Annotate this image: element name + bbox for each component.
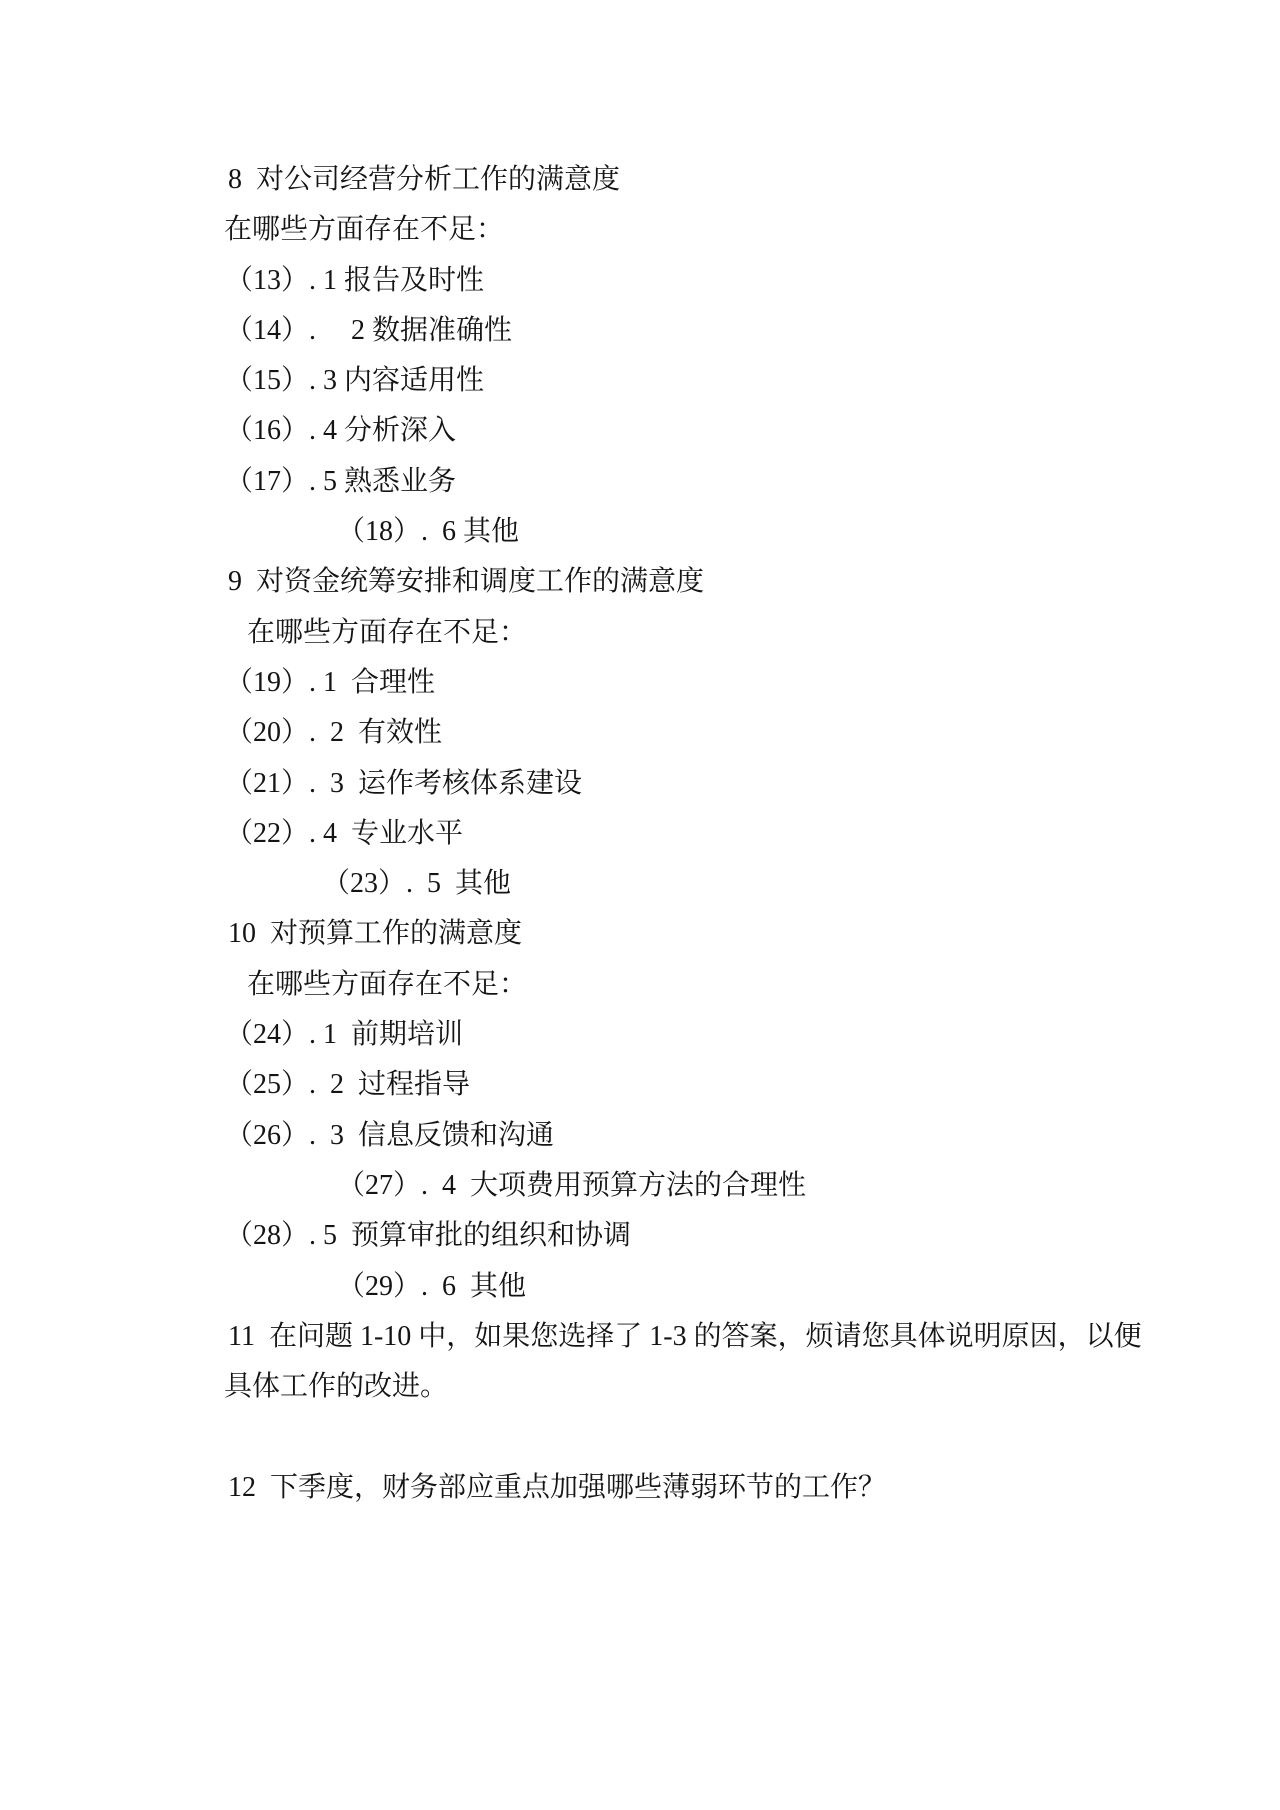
- option-17: （17）. 5 熟悉业务: [225, 457, 1220, 507]
- option-24: （24）. 1 前期培训: [225, 1010, 1220, 1060]
- option-28: （28）. 5 预算审批的组织和协调: [225, 1211, 1220, 1261]
- question-8-title: 8 对公司经营分析工作的满意度: [228, 155, 1220, 205]
- option-25: （25）. 2 过程指导: [225, 1060, 1220, 1110]
- option-22: （22）. 4 专业水平: [225, 809, 1220, 859]
- document-page: 8 对公司经营分析工作的满意度 在哪些方面存在不足： （13）. 1 报告及时性…: [0, 0, 1280, 1810]
- option-14: （14）. 2 数据准确性: [225, 306, 1220, 356]
- option-19: （19）. 1 合理性: [225, 658, 1220, 708]
- blank-line: [205, 1412, 1220, 1462]
- option-23: （23）. 5 其他: [322, 859, 1220, 909]
- question-8-subprompt: 在哪些方面存在不足：: [224, 205, 1220, 255]
- question-10-subprompt: 在哪些方面存在不足：: [247, 960, 1220, 1010]
- option-27: （27）. 4 大项费用预算方法的合理性: [337, 1161, 1220, 1211]
- question-12-title: 12 下季度，财务部应重点加强哪些薄弱环节的工作？: [228, 1463, 1220, 1513]
- option-29: （29）. 6 其他: [337, 1262, 1220, 1312]
- option-26: （26）. 3 信息反馈和沟通: [225, 1111, 1220, 1161]
- option-18: （18）. 6 其他: [337, 507, 1220, 557]
- option-15: （15）. 3 内容适用性: [225, 356, 1220, 406]
- question-9-subprompt: 在哪些方面存在不足：: [247, 608, 1220, 658]
- question-11-text-line-2: 具体工作的改进。: [224, 1362, 1220, 1412]
- option-13: （13）. 1 报告及时性: [225, 256, 1220, 306]
- option-16: （16）. 4 分析深入: [225, 406, 1220, 456]
- question-10-title: 10 对预算工作的满意度: [228, 909, 1220, 959]
- question-11-text-line-1: 11 在问题 1-10 中，如果您选择了 1-3 的答案，烦请您具体说明原因，以…: [228, 1312, 1220, 1362]
- question-9-title: 9 对资金统筹安排和调度工作的满意度: [228, 557, 1220, 607]
- option-20: （20）. 2 有效性: [225, 708, 1220, 758]
- option-21: （21）. 3 运作考核体系建设: [225, 759, 1220, 809]
